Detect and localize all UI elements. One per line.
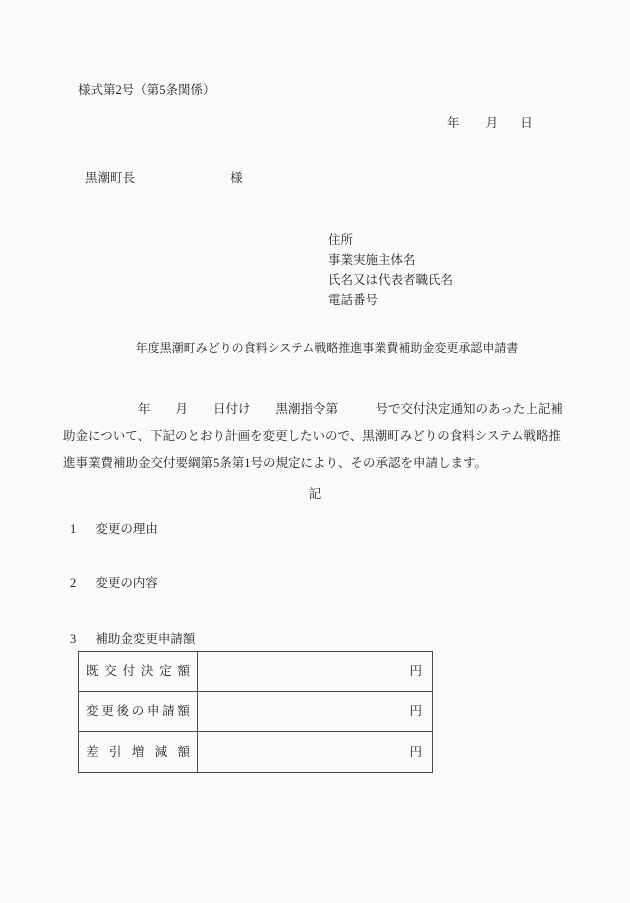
row-value-cell: 円 — [198, 692, 432, 731]
unit-yen: 円 — [409, 705, 422, 718]
table-row-amount-after-change: 変更後の申請額 円 — [79, 692, 432, 732]
form-number: 様式第2号（第5条関係） — [78, 84, 216, 97]
date-line: 年 月 日 — [447, 117, 533, 130]
row-label-cell: 変更後の申請額 — [79, 692, 198, 731]
row-label-cell: 差引増減額 — [79, 732, 198, 772]
date-year-label: 年 — [447, 116, 460, 130]
document-page: 様式第2号（第5条関係） 年 月 日 黒潮町長 様 住所 事業実施主体名 氏名又… — [0, 0, 630, 903]
row-label: 既交付決定額 — [79, 665, 197, 678]
table-row-granted-amount: 既交付決定額 円 — [79, 652, 432, 692]
row-label: 差引増減額 — [79, 746, 197, 759]
recipient-line: 黒潮町長 様 — [85, 172, 243, 185]
document-title: 年度黒潮町みどりの食料システム戦略推進事業費補助金変更承認申請書 — [0, 342, 630, 354]
row-value-cell: 円 — [198, 732, 432, 772]
sender-block: 住所 事業実施主体名 氏名又は代表者職氏名 電話番号 — [328, 230, 453, 310]
sender-representative-label: 氏名又は代表者職氏名 — [328, 270, 453, 290]
unit-yen: 円 — [409, 746, 422, 759]
item-subsidy-change-amount: 3 補助金変更申請額 — [70, 633, 195, 646]
record-heading: 記 — [0, 488, 630, 501]
item-number: 3 — [70, 632, 76, 646]
body-line-3: 進事業費補助金交付要綱第5条第1号の規定により、その承認を申請します。 — [63, 450, 569, 477]
sender-phone-label: 電話番号 — [328, 290, 453, 310]
sender-address-label: 住所 — [328, 230, 453, 250]
item-label: 変更の理由 — [95, 522, 158, 536]
item-change-reason: 1 変更の理由 — [70, 523, 158, 536]
item-label: 補助金変更申請額 — [95, 632, 195, 646]
unit-yen: 円 — [409, 665, 422, 678]
body-line-2: 助金について、下記のとおり計画を変更したいので、黒潮町みどりの食料システム戦略推 — [63, 423, 569, 450]
item-number: 2 — [70, 576, 76, 590]
date-day-label: 日 — [520, 116, 533, 130]
item-label: 変更の内容 — [95, 576, 158, 590]
sender-entity-label: 事業実施主体名 — [328, 250, 453, 270]
row-label: 変更後の申請額 — [79, 705, 197, 718]
date-month-label: 月 — [486, 116, 499, 130]
body-line-1: 年 月 日付け 黒潮指令第 号で交付決定通知のあった上記補 — [63, 396, 569, 423]
recipient-honorific: 様 — [230, 171, 243, 185]
body-paragraph: 年 月 日付け 黒潮指令第 号で交付決定通知のあった上記補 助金について、下記の… — [63, 396, 569, 477]
item-change-content: 2 変更の内容 — [70, 577, 158, 590]
recipient-name: 黒潮町長 — [85, 171, 135, 185]
item-number: 1 — [70, 522, 76, 536]
table-row-net-difference: 差引増減額 円 — [79, 732, 432, 772]
amount-table: 既交付決定額 円 変更後の申請額 円 差引増減額 円 — [78, 651, 433, 773]
row-label-cell: 既交付決定額 — [79, 652, 198, 691]
row-value-cell: 円 — [198, 652, 432, 691]
